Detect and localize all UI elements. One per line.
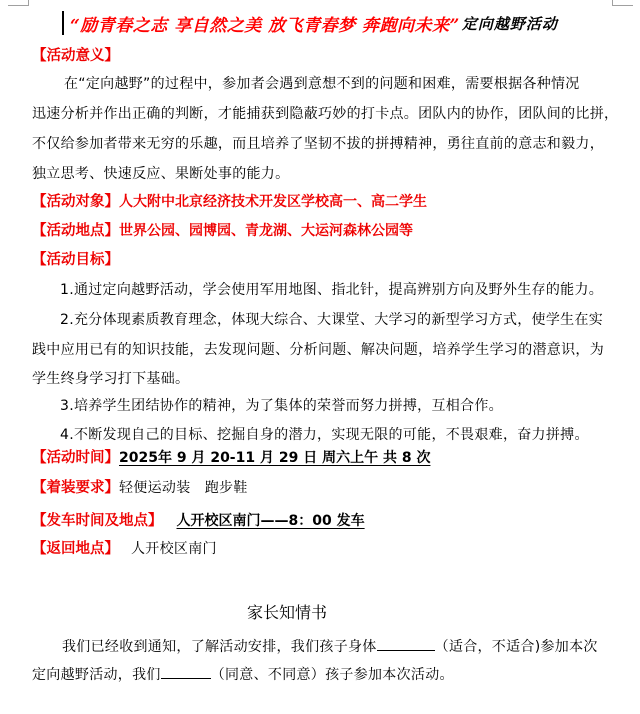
- paragraph-line: 独立思考、快速反应、果断处事的能力。: [32, 164, 289, 184]
- section-label: 【活动时间】: [32, 450, 119, 466]
- document-title: “励青春之志 享自然之美 放飞青春梦 奔跑向未来” 定向越野活动: [62, 10, 558, 36]
- consent-line-1: 我们已经收到通知，了解活动安排，我们孩子身体（适合，不适合)参加本次: [62, 636, 598, 657]
- dress-value: 轻便运动装 跑步鞋: [119, 480, 248, 496]
- section-goals-heading: 【活动目标】: [32, 250, 119, 270]
- section-label: 【活动地点】: [32, 223, 119, 239]
- consent-text: （适合，不适合)参加本次: [435, 639, 598, 655]
- section-label: 【活动意义】: [32, 48, 119, 64]
- paragraph-line: 在“定向越野”的过程中，参加者会遇到意想不到的问题和困难，需要根据各种情况: [64, 74, 580, 94]
- title-slogan: “励青春之志 享自然之美 放飞青春梦 奔跑向未来”: [70, 11, 460, 36]
- page-corner-mark-top-right: [612, 0, 633, 6]
- consent-title: 家长知情书: [0, 600, 574, 623]
- goal-item-3: 3.培养学生团结协作的精神，为了集体的荣誉而努力拼搏，互相合作。: [60, 396, 503, 416]
- text-cursor: [62, 11, 64, 35]
- target-value: 人大附中北京经济技术开发区学校高一、高二学生: [119, 194, 427, 210]
- title-activity-name: 定向越野活动: [462, 13, 558, 34]
- section-label: 【活动目标】: [32, 252, 119, 268]
- goal-item-2-cont: 践中应用已有的知识技能，去发现问题、分析问题、解决问题，培养学生学习的潜意识，为: [32, 340, 604, 360]
- paragraph-line: 不仅给参加者带来无穷的乐趣，而且培养了坚韧不拔的拼搏精神，勇往直前的意志和毅力，: [32, 134, 604, 154]
- goal-item-2-cont: 学生终身学习打下基础。: [32, 369, 189, 389]
- goal-item-2: 2.充分体现素质教育理念，体现大综合、大课堂、大学习的新型学习方式，使学生在实: [60, 310, 603, 330]
- paragraph-line: 迅速分析并作出正确的判断，才能捕获到隐蔽巧妙的打卡点。团队内的协作，团队间的比拼…: [32, 104, 618, 124]
- section-significance-heading: 【活动意义】: [32, 46, 119, 66]
- page-corner-mark-top-left: [8, 0, 29, 6]
- section-target: 【活动对象】人大附中北京经济技术开发区学校高一、高二学生: [32, 192, 427, 212]
- goal-item-4: 4.不断发现自己的目标、挖掘自身的潜力，实现无限的可能，不畏艰难，奋力拼搏。: [60, 425, 589, 445]
- section-label: 【活动对象】: [32, 194, 119, 210]
- section-label: 【返回地点】: [32, 541, 119, 557]
- section-time: 【活动时间】2025年 9 月 20-11 月 29 日 周六上午 共 8 次: [32, 448, 430, 468]
- agreement-blank-field[interactable]: [161, 664, 211, 679]
- consent-text: 我们已经收到通知，了解活动安排，我们孩子身体: [62, 639, 377, 655]
- time-value: 2025年 9 月 20-11 月 29 日 周六上午 共 8 次: [119, 450, 430, 466]
- section-label: 【发车时间及地点】: [32, 513, 163, 529]
- consent-line-2: 定向越野活动，我们（同意、不同意）孩子参加本次活动。: [32, 664, 454, 685]
- fitness-blank-field[interactable]: [377, 636, 435, 651]
- consent-text: （同意、不同意）孩子参加本次活动。: [211, 667, 454, 683]
- section-dress: 【着装要求】轻便运动装 跑步鞋: [32, 478, 248, 498]
- section-location: 【活动地点】世界公园、园博园、青龙湖、大运河森林公园等: [32, 221, 413, 241]
- goal-item-1: 1.通过定向越野活动，学会使用军用地图、指北针，提高辨别方向及野外生存的能力。: [60, 280, 603, 300]
- section-departure: 【发车时间及地点】人开校区南门——8：00 发车: [32, 511, 365, 531]
- section-return: 【返回地点】人开校区南门: [32, 539, 217, 559]
- location-value: 世界公园、园博园、青龙湖、大运河森林公园等: [119, 223, 413, 239]
- departure-value: 人开校区南门——8：00 发车: [177, 513, 365, 529]
- consent-text: 定向越野活动，我们: [32, 667, 161, 683]
- section-label: 【着装要求】: [32, 480, 119, 496]
- return-value: 人开校区南门: [131, 541, 217, 557]
